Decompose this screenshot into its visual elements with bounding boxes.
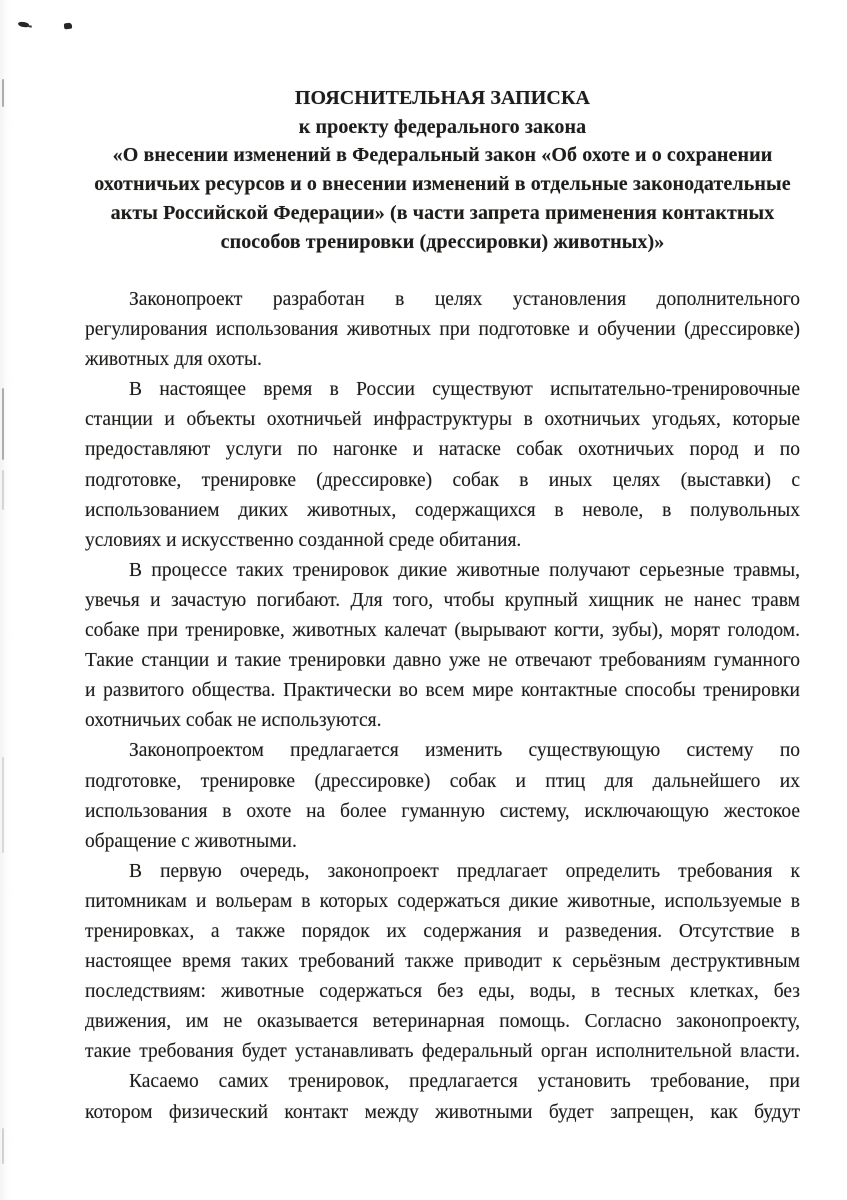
title-line: к проекту федерального закона xyxy=(85,113,800,142)
scan-artifact-line xyxy=(2,470,4,510)
ink-speck xyxy=(18,21,30,28)
document-body: Законопроект разработан в целях установл… xyxy=(85,285,800,1128)
paragraph-line: В первую очередь, законопроект предлагае… xyxy=(85,857,800,887)
ink-speck xyxy=(64,23,73,30)
title-line: охотничьих ресурсов и о внесении изменен… xyxy=(85,170,800,199)
scan-artifact-line xyxy=(2,757,4,853)
paragraph-line: тренировках, а также порядок их содержан… xyxy=(85,917,800,947)
scan-artifact-line xyxy=(2,79,4,107)
paragraph-line: Законопроект разработан в целях установл… xyxy=(85,285,800,315)
paragraph-line: собаке при тренировке, животных калечат … xyxy=(85,616,800,646)
title-line: ПОЯСНИТЕЛЬНАЯ ЗАПИСКА xyxy=(85,84,800,113)
paragraph-line: и развитого общества. Практически во все… xyxy=(85,676,800,706)
paragraph-line: настоящее время таких требований также п… xyxy=(85,947,800,977)
paragraph-line: животных для охоты. xyxy=(85,345,800,375)
paragraph-line: питомникам и вольерам в которых содержат… xyxy=(85,887,800,917)
paragraph-line: Законопроектом предлагается изменить сущ… xyxy=(85,736,800,766)
paragraph-line: охотничьих собак не используются. xyxy=(85,706,800,736)
paragraph-line: условиях и искусственно созданной среде … xyxy=(85,526,800,556)
paragraph-line: использования в охоте на более гуманную … xyxy=(85,797,800,827)
title-line: «О внесении изменений в Федеральный зако… xyxy=(85,141,800,170)
paragraph-line: обращение с животными. xyxy=(85,827,800,857)
paragraph-line: регулирования использования животных при… xyxy=(85,315,800,345)
title-line: способов тренировки (дрессировки) животн… xyxy=(85,228,800,257)
paragraph-line: движения, им не оказывается ветеринарная… xyxy=(85,1007,800,1037)
paragraph-line: В процессе таких тренировок дикие животн… xyxy=(85,556,800,586)
paragraph-line: увечья и зачастую погибают. Для того, чт… xyxy=(85,586,800,616)
scanned-document-page: ПОЯСНИТЕЛЬНАЯ ЗАПИСКА к проекту федераль… xyxy=(0,0,847,1200)
document-title: ПОЯСНИТЕЛЬНАЯ ЗАПИСКА к проекту федераль… xyxy=(85,84,800,256)
paragraph-line: Такие станции и такие тренировки давно у… xyxy=(85,646,800,676)
paragraph-line: станции и объекты охотничьей инфраструкт… xyxy=(85,405,800,435)
paragraph-line: подготовке, тренировке (дрессировке) соб… xyxy=(85,767,800,797)
scan-artifact-line xyxy=(2,388,4,460)
paragraph-line: подготовке, тренировке (дрессировке) соб… xyxy=(85,466,800,496)
scan-artifact-line xyxy=(2,1128,4,1164)
paragraph-line: последствиям: животные содержаться без е… xyxy=(85,977,800,1007)
paragraph-line: предоставляют услуги по нагонке и натаск… xyxy=(85,435,800,465)
title-line: акты Российской Федерации» (в части запр… xyxy=(85,199,800,228)
paragraph-line: Касаемо самих тренировок, предлагается у… xyxy=(85,1067,800,1097)
paragraph-line: использованием диких животных, содержащи… xyxy=(85,496,800,526)
paragraph-line: котором физический контакт между животны… xyxy=(85,1098,800,1128)
paragraph-line: В настоящее время в России существуют ис… xyxy=(85,375,800,405)
paragraph-line: такие требования будет устанавливать фед… xyxy=(85,1037,800,1067)
